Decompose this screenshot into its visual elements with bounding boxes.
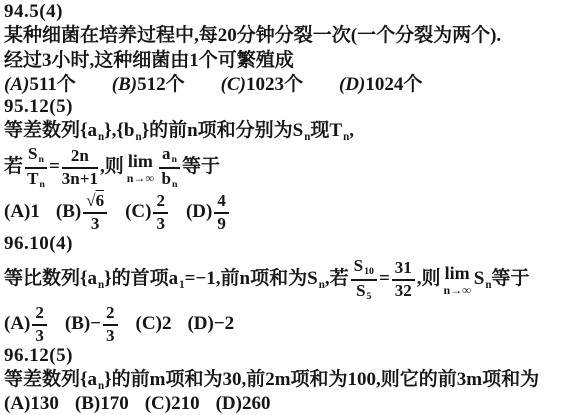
- problems-list: 94.5(4)某种细菌在培养过程中,每20分钟分裂一次(一个分裂为两个).经过3…: [4, 1, 575, 415]
- text-run: },{: [104, 120, 124, 141]
- option: (B)√63: [56, 190, 109, 233]
- option-label: (A): [4, 201, 30, 222]
- options-row: (A)130(B)170(C)210(D)260: [4, 392, 575, 415]
- statement-line: 等比数列{an}的首项a1=−1,前n项和为Sn,若S10S5=3132,则li…: [4, 255, 575, 302]
- fraction-denominator: S5: [351, 281, 377, 302]
- subscripted-symbol: Sn: [293, 120, 311, 141]
- fraction-denominator: 9: [214, 214, 229, 233]
- text-run: 511个: [29, 74, 75, 95]
- fraction-denominator: 3n+1: [62, 169, 98, 188]
- sub-base: a: [88, 120, 98, 141]
- text-run: 170: [100, 393, 129, 414]
- statement-line: 某种细菌在培养过程中,每20分钟分裂一次(一个分裂为两个).: [4, 23, 575, 48]
- text-run: 3: [91, 214, 100, 233]
- sub-base: S: [354, 256, 363, 275]
- problem: 96.10(4)等比数列{an}的首项a1=−1,前n项和为Sn,若S10S5=…: [4, 233, 575, 345]
- sub-script: n: [172, 179, 177, 190]
- subscripted-symbol: an: [88, 120, 105, 141]
- fraction: 3132: [392, 259, 415, 300]
- fraction-denominator: 3: [32, 326, 47, 345]
- text-run: 1024个: [365, 74, 422, 95]
- text-run: 经过3小时,这种细菌由1个可繁殖成: [4, 50, 294, 71]
- subscripted-symbol: Tn: [329, 120, 349, 141]
- text-run: 9: [217, 214, 226, 233]
- option: (C)210: [145, 392, 200, 415]
- text-run: 32: [395, 281, 412, 300]
- fraction: 23: [103, 304, 118, 345]
- fraction-numerator: 2n: [62, 147, 98, 168]
- text-run: 等差数列{: [4, 120, 88, 141]
- sub-base: S: [293, 120, 304, 141]
- text-run: ,则: [100, 156, 124, 177]
- fraction: 2n3n+1: [62, 147, 98, 188]
- problem-number: 95.12(5): [4, 96, 575, 118]
- fraction-denominator: Tn: [25, 169, 47, 190]
- text-run: 3: [35, 326, 44, 345]
- document-page: 94.5(4)某种细菌在培养过程中,每20分钟分裂一次(一个分裂为两个).经过3…: [0, 0, 577, 415]
- sub-base: a: [88, 268, 98, 289]
- sub-base: S: [307, 268, 318, 289]
- text-run: 3: [156, 214, 165, 233]
- limit-expression: limn→∞: [444, 264, 471, 296]
- problem: 94.5(4)某种细菌在培养过程中,每20分钟分裂一次(一个分裂为两个).经过3…: [4, 1, 575, 96]
- option-label: (B): [56, 201, 81, 222]
- text-run: ,若: [325, 268, 349, 289]
- option-label: (C): [125, 201, 151, 222]
- option: (C)2: [136, 302, 172, 345]
- subscripted-symbol: S5: [356, 281, 371, 300]
- text-run: 某种细菌在培养过程中,每20分钟分裂一次(一个分裂为两个).: [4, 25, 501, 46]
- fraction: 49: [214, 192, 229, 233]
- text-run: 等差数列{: [4, 369, 88, 390]
- subscripted-symbol: a1: [169, 268, 185, 289]
- fraction-numerator: 4: [214, 192, 229, 213]
- sub-script: 10: [364, 266, 374, 277]
- text-run: 2n: [71, 146, 89, 165]
- sub-script: n: [39, 179, 44, 190]
- problem-number: 96.12(5): [4, 345, 575, 367]
- sqrt-body: 6: [96, 191, 105, 210]
- option-label: (B): [65, 313, 90, 334]
- text-run: 2: [156, 191, 165, 210]
- options-row: (A)23(B)−23(C)2(D)−2: [4, 302, 575, 345]
- statement-line: 等差数列{an},{bn}的前n项和分别为Sn现Tn,: [4, 118, 575, 143]
- fraction: SnTn: [25, 145, 47, 190]
- option: (A)23: [4, 302, 49, 345]
- text-run: 1023个: [246, 74, 303, 95]
- text-run: 130: [30, 393, 59, 414]
- option-label: (C): [221, 74, 246, 95]
- subscripted-symbol: bn: [124, 120, 142, 141]
- text-run: =: [379, 268, 390, 289]
- limit-word: lim: [128, 151, 153, 171]
- fraction-numerator: √6: [83, 192, 107, 213]
- option-label: (C): [145, 393, 171, 414]
- text-run: 现: [310, 120, 329, 141]
- option-label: (B): [75, 393, 100, 414]
- fraction-numerator: an: [159, 145, 180, 169]
- statement-line: 若SnTn=2n3n+1,则limn→∞anbn等于: [4, 143, 575, 190]
- statement-line: 等差数列{an}的前m项和为30,前2m项和为100,则它的前3m项和为: [4, 367, 575, 392]
- options-row: (A)1(B)√63(C)23(D)49: [4, 190, 575, 233]
- option: (B)170: [75, 392, 129, 415]
- sub-base: T: [329, 120, 342, 141]
- text-run: 512个: [137, 74, 185, 95]
- text-run: }的前n项和分别为: [142, 120, 293, 141]
- text-run: =: [49, 156, 60, 177]
- option-label: (C): [136, 313, 162, 334]
- sub-base: a: [88, 369, 98, 390]
- sub-base: a: [162, 144, 171, 163]
- fraction: 23: [153, 192, 168, 233]
- problem-number: 96.10(4): [4, 233, 575, 255]
- subscripted-symbol: Sn: [307, 268, 325, 289]
- subscripted-symbol: Tn: [27, 169, 45, 188]
- fraction-numerator: Sn: [25, 145, 47, 169]
- option: (A)511个: [4, 73, 76, 96]
- text-run: 2: [162, 313, 172, 334]
- subscripted-symbol: an: [88, 369, 105, 390]
- option-label: (D): [186, 201, 212, 222]
- option-label: (A): [4, 393, 30, 414]
- fraction-numerator: S10: [351, 257, 377, 281]
- statement-line: 经过3小时,这种细菌由1个可繁殖成: [4, 48, 575, 73]
- problem-number: 94.5(4): [4, 1, 575, 23]
- text-run: 等比数列{: [4, 268, 88, 289]
- limit-under: n→∞: [444, 284, 471, 296]
- sub-script: n: [38, 154, 43, 165]
- text-run: 4: [217, 191, 226, 210]
- text-run: 2: [106, 303, 115, 322]
- sub-base: S: [474, 268, 485, 289]
- text-run: ,: [349, 120, 354, 141]
- sqrt-expression: √6: [86, 191, 104, 210]
- option-label: (B): [112, 74, 137, 95]
- subscripted-symbol: bn: [161, 169, 177, 188]
- option: (B)−23: [65, 302, 120, 345]
- subscripted-symbol: an: [162, 144, 177, 163]
- option-label: (A): [4, 74, 29, 95]
- fraction-numerator: 2: [103, 304, 118, 325]
- limit-under: n→∞: [127, 172, 154, 184]
- fraction: S10S5: [351, 257, 377, 302]
- sub-base: S: [28, 144, 37, 163]
- options-row: (A)511个(B)512个(C)1023个(D)1024个: [4, 73, 575, 96]
- fraction-numerator: 2: [153, 192, 168, 213]
- limit-word: lim: [445, 263, 470, 283]
- text-run: −2: [214, 313, 234, 334]
- text-run: ,则: [417, 268, 441, 289]
- sub-script: 5: [367, 291, 372, 302]
- text-run: −: [90, 313, 101, 334]
- subscripted-symbol: Sn: [28, 144, 44, 163]
- text-run: 31: [395, 258, 412, 277]
- fraction: anbn: [159, 145, 180, 190]
- subscripted-symbol: Sn: [474, 268, 492, 289]
- fraction: 23: [32, 304, 47, 345]
- sub-base: b: [161, 169, 170, 188]
- option: (A)130: [4, 392, 59, 415]
- problem: 96.12(5)等差数列{an}的前m项和为30,前2m项和为100,则它的前3…: [4, 345, 575, 415]
- text-run: 若: [4, 156, 23, 177]
- text-run: =−1,前n项和为: [185, 268, 307, 289]
- subscripted-symbol: an: [88, 268, 105, 289]
- option: (D)1024个: [339, 73, 422, 96]
- text-run: 210: [171, 393, 200, 414]
- sub-base: a: [169, 268, 179, 289]
- fraction-denominator: 3: [83, 214, 107, 233]
- text-run: 等于: [491, 268, 529, 289]
- fraction-denominator: 3: [103, 326, 118, 345]
- text-run: 260: [242, 393, 271, 414]
- fraction: √63: [83, 192, 107, 233]
- limit-expression: limn→∞: [127, 152, 154, 184]
- text-run: 3: [106, 326, 115, 345]
- option-label: (A): [4, 313, 30, 334]
- fraction-denominator: 32: [392, 281, 415, 300]
- option-label: (D): [339, 74, 365, 95]
- option: (C)23: [125, 190, 170, 233]
- text-run: 2: [35, 303, 44, 322]
- sub-base: b: [124, 120, 135, 141]
- option: (A)1: [4, 190, 40, 233]
- text-run: }的前m项和为30,前2m项和为100,则它的前3m项和为: [104, 369, 539, 390]
- subscripted-symbol: S10: [354, 256, 374, 275]
- text-run: 等于: [182, 156, 220, 177]
- fraction-denominator: 3: [153, 214, 168, 233]
- text-run: 1: [30, 201, 40, 222]
- sub-base: S: [356, 281, 365, 300]
- fraction-numerator: 2: [32, 304, 47, 325]
- radical-sign: √: [86, 191, 95, 210]
- option-label: (D): [187, 313, 213, 334]
- option-label: (D): [216, 393, 242, 414]
- option: (D)49: [186, 190, 231, 233]
- fraction-denominator: bn: [159, 169, 180, 190]
- option: (C)1023个: [221, 73, 303, 96]
- text-run: }的首项: [104, 268, 169, 289]
- fraction-numerator: 31: [392, 259, 415, 280]
- problem: 95.12(5)等差数列{an},{bn}的前n项和分别为Sn现Tn,若SnTn…: [4, 96, 575, 233]
- text-run: 3n+1: [62, 169, 98, 188]
- option: (D)−2: [187, 302, 234, 345]
- sub-script: n: [171, 154, 176, 165]
- option: (B)512个: [112, 73, 185, 96]
- option: (D)260: [216, 392, 271, 415]
- sub-base: T: [27, 169, 38, 188]
